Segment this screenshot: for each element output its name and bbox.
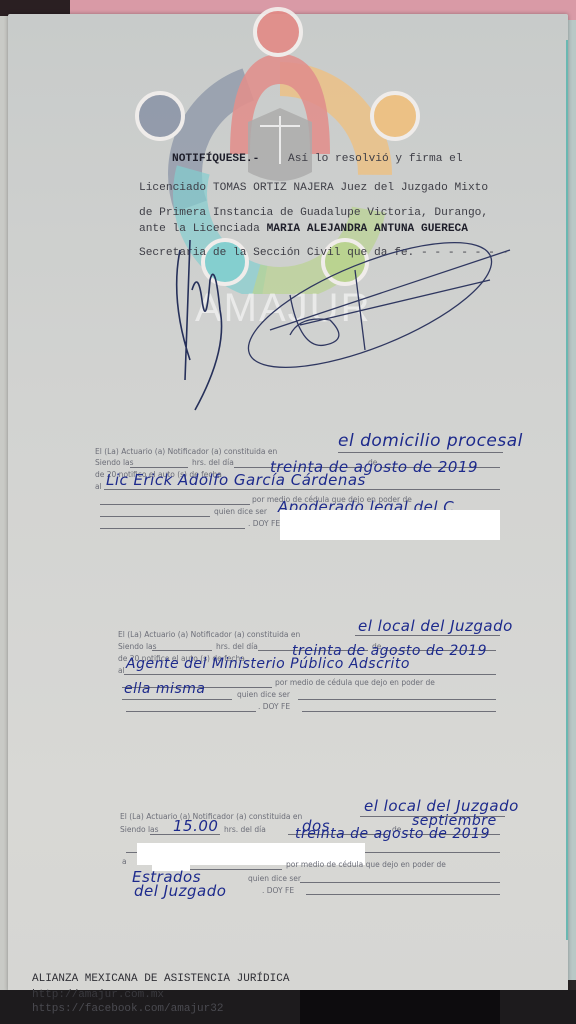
notif3-quien-label: quien dice ser <box>248 874 301 883</box>
form-line <box>152 650 212 651</box>
notif1-quien-label: quien dice ser <box>214 507 267 516</box>
resolution-line-1: NOTIFÍQUESE.- Así lo resolvió y firma el <box>172 153 463 165</box>
notif3-delivered-line2: del Juzgado <box>134 882 226 900</box>
footer-org-name: ALIANZA MEXICANA DE ASISTENCIA JURÍDICA <box>32 973 289 985</box>
background-dark-patch <box>300 990 500 1024</box>
form-line <box>100 516 210 517</box>
form-line <box>190 869 282 870</box>
notif2-doyfe-label: . DOY FE <box>258 702 290 711</box>
form-line <box>355 635 500 636</box>
form-line <box>124 674 496 675</box>
notif3-date: treinta de agosto de 2019 <box>295 826 490 842</box>
notif2-siendo-label: Siendo las <box>118 642 157 651</box>
form-line <box>130 467 188 468</box>
notifiquese-label: NOTIFÍQUESE.- <box>172 153 266 165</box>
form-line <box>300 882 500 883</box>
form-line <box>298 699 496 700</box>
notif3-hrs-label: hrs. del día <box>224 825 266 834</box>
notif2-recipient: Agente del Ministerio Público Adscrito <box>126 656 410 672</box>
redaction-box <box>280 510 500 540</box>
notif1-recipient: Lic Erick Adolfo García Cárdenas <box>106 471 366 489</box>
notif1-doyfe-label: . DOY FE <box>248 519 280 528</box>
form-line <box>104 489 500 490</box>
notif1-intro-label: El (La) Actuario (a) Notificador (a) con… <box>95 447 277 456</box>
form-line <box>338 452 503 453</box>
resolution-line-4: ante la Licenciada MARIA ALEJANDRA ANTUN… <box>139 223 468 235</box>
notif2-hrs-label: hrs. del día <box>216 642 258 651</box>
resolution-line-3: de Primera Instancia de Guadalupe Victor… <box>139 207 488 219</box>
notif3-al-label: a <box>122 857 127 866</box>
form-line <box>302 711 496 712</box>
binding-thread <box>566 40 568 940</box>
resolution-line-2: Licenciado TOMAS ORTIZ NAJERA Juez del J… <box>139 182 488 194</box>
footer-website-link[interactable]: http://amajur.com.mx <box>32 989 164 1001</box>
notif3-cedula-label: por medio de cédula que dejo en poder de <box>286 860 446 869</box>
notif1-place: el domicilio procesal <box>338 431 523 451</box>
notif3-doyfe-label: . DOY FE <box>262 886 294 895</box>
notif2-cedula-label: por medio de cédula que dejo en poder de <box>275 678 435 687</box>
notif3-siendo-label: Siendo las <box>120 825 159 834</box>
form-line <box>100 504 250 505</box>
notif1-al-label: al <box>95 482 102 491</box>
notif2-quien-label: quien dice ser <box>237 690 290 699</box>
notif1-siendo-label: Siendo las <box>95 458 134 467</box>
secretary-name: MARIA ALEJANDRA ANTUNA GUERECA <box>267 223 468 235</box>
notif2-intro-label: El (La) Actuario (a) Notificador (a) con… <box>118 630 300 639</box>
notif2-delivered-to: ella misma <box>124 681 205 697</box>
signatures-icon <box>150 240 530 420</box>
form-line <box>122 699 232 700</box>
footer-facebook-link[interactable]: https://facebook.com/amajur32 <box>32 1003 223 1015</box>
notif1-hrs-label: hrs. del día <box>192 458 234 467</box>
form-line <box>126 711 256 712</box>
form-line <box>150 834 220 835</box>
notif3-hour: 15.00 <box>173 817 218 835</box>
form-line <box>306 894 500 895</box>
form-line <box>100 528 245 529</box>
notif2-place: el local del Juzgado <box>358 617 513 635</box>
